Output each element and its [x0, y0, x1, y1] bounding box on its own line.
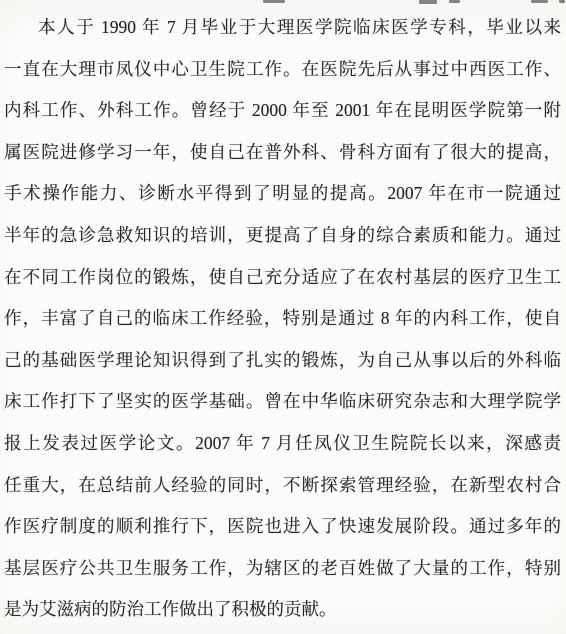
scanned-document-page: 本人于 1990 年 7 月毕业于大理医学院临床医学专科，毕业以来 一直在大理市…	[0, 0, 566, 634]
text-line: 是为艾滋病的防治工作做出了积极的贡献。	[4, 589, 561, 631]
text-line: 床工作打下了坚实的医学基础。曾在中华临床研究杂志和大理学院学	[4, 381, 561, 423]
text-line: 本人于 1990 年 7 月毕业于大理医学院临床医学专科，毕业以来	[4, 7, 561, 49]
text-line: 己的基础医学理论知识得到了扎实的锻炼，为自己从事以后的外科临	[4, 340, 561, 382]
text-line: 属医院进修学习一年，使自己在普外科、骨科方面有了很大的提高，	[4, 132, 561, 174]
text-line: 在不同工作岗位的锻炼，使自己充分适应了在农村基层的医疗卫生工	[4, 257, 561, 299]
cropped-text-remnant	[263, 0, 285, 3]
paragraph: 本人于 1990 年 7 月毕业于大理医学院临床医学专科，毕业以来 一直在大理市…	[4, 7, 561, 631]
text-line: 作，丰富了自己的临床工作经验，特别是通过 8 年的内科工作，使自	[4, 298, 561, 340]
cropped-text-remnant	[559, 0, 565, 3]
text-line: 内科工作、外科工作。曾经于 2000 年至 2001 年在昆明医学院第一附	[4, 90, 561, 132]
cropped-text-remnant	[449, 0, 460, 3]
text-line: 任重大，在总结前人经验的同时，不断探索管理经验，在新型农村合	[4, 465, 561, 507]
text-line: 作医疗制度的顺利推行下，医院也进入了快速发展阶段。通过多年的	[4, 506, 561, 548]
text-line: 一直在大理市凤仪中心卫生院工作。在医院先后从事过中西医工作、	[4, 49, 561, 91]
cropped-text-remnant	[419, 0, 437, 4]
cropped-text-remnant	[531, 0, 548, 3]
text-line: 报上发表过医学论文。2007 年 7 月任凤仪卫生院院长以来，深感责	[4, 423, 561, 465]
text-line: 手术操作能力、诊断水平得到了明显的提高。2007 年在市一院通过	[4, 173, 561, 215]
text-line: 半年的急诊急救知识的培训，更提高了自身的综合素质和能力。通过	[4, 215, 561, 257]
text-line: 基层医疗公共卫生服务工作，为辖区的老百姓做了大量的工作，特别	[4, 548, 561, 590]
